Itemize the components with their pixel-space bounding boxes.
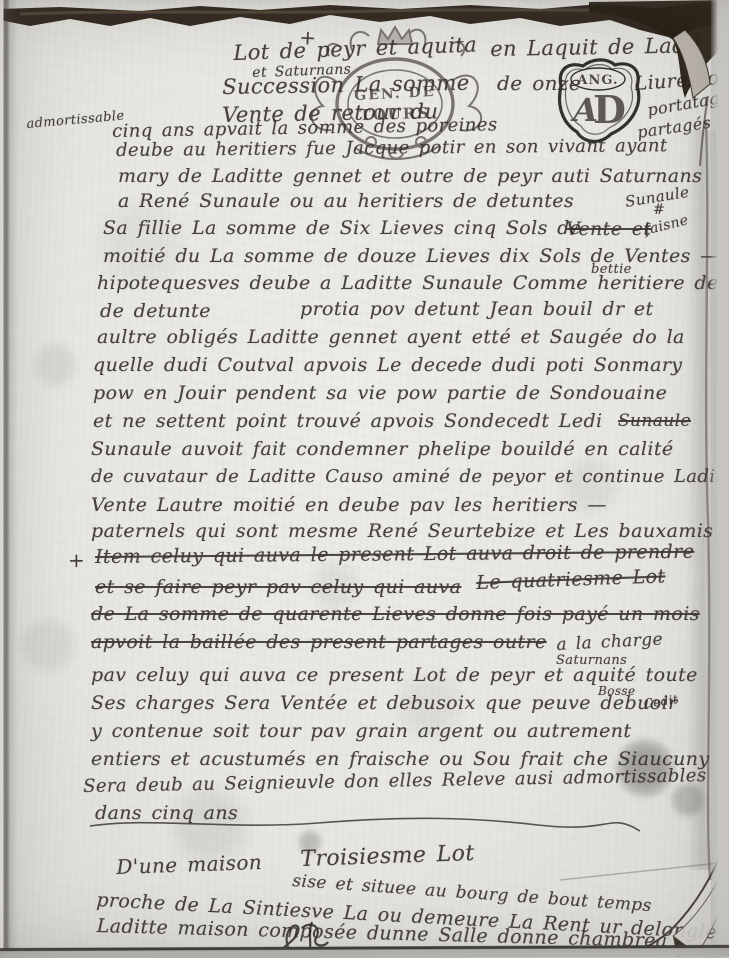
manuscript-line: Ses charges Sera Ventée et debusoix que … bbox=[91, 693, 678, 714]
interline-insertion: Bosse bbox=[598, 685, 635, 698]
manuscript-line: aultre obligés Laditte gennet ayent etté… bbox=[97, 327, 685, 348]
scanned-manuscript-page: GEN. DE TOURS ANG. A D + Lot de peyr et … bbox=[0, 0, 729, 958]
manuscript-line: pow en Jouir pendent sa vie pow partie d… bbox=[93, 383, 667, 404]
crease-line bbox=[560, 856, 729, 886]
separator-squiggle bbox=[88, 812, 648, 838]
manuscript-line: et ne settent point trouvé apvois Sondec… bbox=[93, 411, 603, 432]
struck-line: et se faire peyr pav celuy qui auva bbox=[95, 577, 461, 598]
manuscript-line: Sunaule auvoit fait condemner phelipe bo… bbox=[91, 439, 674, 460]
paraph-flourish bbox=[272, 918, 336, 958]
manuscript-line: de cuvataur de Laditte Causo aminé de pe… bbox=[91, 467, 729, 487]
item-cross-mark: + bbox=[68, 549, 85, 571]
struck-word: Vente et bbox=[566, 219, 651, 240]
struck-word: Sunaule bbox=[618, 412, 691, 431]
hash-mark: # bbox=[653, 203, 665, 218]
struck-line: apvoit la baillée des present partages o… bbox=[91, 632, 547, 653]
manuscript-line: quelle dudi Coutval apvois Le decede dud… bbox=[93, 355, 682, 376]
manuscript-line: paternels qui sont mesme René Seurtebize… bbox=[91, 521, 713, 542]
manuscript-line: D'une maison bbox=[116, 851, 262, 878]
manuscript-line: pav celuy qui auva ce present Lot de pey… bbox=[91, 665, 698, 686]
manuscript-line: de detunte bbox=[100, 301, 211, 322]
struck-line: de La somme de quarente Lieves donne foi… bbox=[91, 604, 700, 625]
right-page-edge bbox=[690, 120, 729, 880]
manuscript-line: protia pov detunt Jean bouil dr et bbox=[300, 299, 654, 320]
manuscript-line: de onze bbox=[497, 72, 581, 94]
manuscript-line: hipotequesves deube a Laditte Sunaule Co… bbox=[97, 273, 719, 294]
manuscript-line: Succession La somme bbox=[222, 72, 470, 99]
manuscript-line: a René Sunaule ou au heritiers de detunt… bbox=[118, 191, 574, 212]
manuscript-line: Sa fillie La somme de Six Lieves cinq So… bbox=[103, 218, 581, 239]
manuscript-line: Vente Lautre moitié en deube pav les her… bbox=[91, 495, 607, 516]
manuscript-line: y contenue soit tour pav grain argent ou… bbox=[91, 721, 631, 742]
